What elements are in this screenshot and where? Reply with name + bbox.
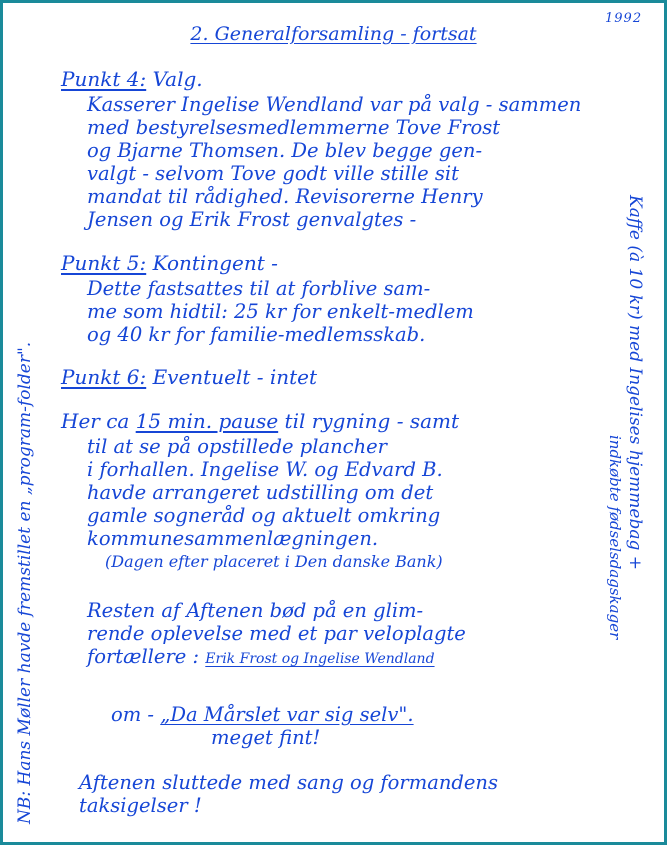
side-note-right-line-1: Kaffe (à 10 kr) med Ingelises hjemmebag …: [625, 195, 645, 570]
resten-line: rende oplevelse med et par veloplagte: [61, 622, 601, 645]
punkt-4-line: med bestyrelsesmedlemmerne Tove Frost: [61, 116, 601, 139]
punkt-4-label: Punkt 4:: [61, 67, 146, 91]
punkt-4-line: valgt - selvom Tove godt ville stille si…: [61, 162, 601, 185]
storytellers-lead: fortællere :: [87, 645, 199, 668]
section-punkt-5: Punkt 5: Kontingent - Dette fastsattes t…: [61, 249, 601, 346]
section-punkt-6: Punkt 6: Eventuelt - intet: [61, 363, 601, 391]
handwritten-minutes-page: 1992 2. Generalforsamling - fortsat Punk…: [0, 0, 667, 845]
page-title: 2. Generalforsamling - fortsat: [3, 23, 664, 45]
storytellers-names: Erik Frost og Ingelise Wendland: [205, 651, 434, 667]
section-pause: Her ca 15 min. pause til rygning - samt …: [61, 407, 601, 574]
pause-note: (Dagen efter placeret i Den danske Bank): [61, 550, 601, 574]
quote-line: om - „Da Mårslet var sig selv".: [61, 703, 601, 726]
punkt-4-line: Jensen og Erik Frost genvalgtes -: [61, 208, 601, 231]
punkt-5-line: me som hidtil: 25 kr for enkelt-medlem: [61, 300, 601, 323]
resten-line: Resten af Aftenen bød på en glim-: [61, 599, 601, 622]
punkt-5-line: og 40 kr for familie-medlemsskab.: [61, 323, 601, 346]
pause-line: til at se på opstillede plancher: [61, 435, 601, 458]
resten-storytellers: fortællere : Erik Frost og Ingelise Wend…: [61, 645, 601, 671]
punkt-6-topic: Eventuelt - intet: [153, 365, 317, 389]
punkt-4-line: mandat til rådighed. Revisorerne Henry: [61, 185, 601, 208]
title-text: 2. Generalforsamling - fortsat: [190, 23, 476, 45]
punkt-5-label: Punkt 5:: [61, 251, 146, 275]
section-closing: Aftenen sluttede med sang og formandens …: [61, 771, 601, 817]
punkt-5-heading: Punkt 5: Kontingent -: [61, 249, 601, 277]
punkt-4-topic: Valg.: [153, 67, 203, 91]
section-quote: om - „Da Mårslet var sig selv". meget fi…: [61, 703, 601, 749]
pause-first-line: Her ca 15 min. pause til rygning - samt: [61, 407, 601, 435]
quote-comment: meget fint!: [61, 726, 601, 749]
side-note-right-line-2: indkøbte fødselsdagskager: [605, 195, 625, 639]
pause-lead: Her ca: [61, 409, 129, 433]
pause-duration: 15 min. pause: [136, 409, 278, 433]
pause-rest: til rygning - samt: [285, 409, 459, 433]
quote-text: „Da Mårslet var sig selv".: [160, 703, 413, 726]
punkt-4-heading: Punkt 4: Valg.: [61, 65, 601, 93]
punkt-4-line: Kasserer Ingelise Wendland var på valg -…: [61, 93, 601, 116]
side-note-right: Kaffe (à 10 kr) med Ingelises hjemmebag …: [605, 195, 645, 639]
pause-line: kommunesammenlægningen.: [61, 527, 601, 550]
side-note-left: NB: Hans Møller havde fremstillet en „pr…: [15, 342, 35, 824]
punkt-6-heading: Punkt 6: Eventuelt - intet: [61, 363, 601, 391]
section-resten: Resten af Aftenen bød på en glim- rende …: [61, 599, 601, 671]
punkt-5-line: Dette fastsattes til at forblive sam-: [61, 277, 601, 300]
punkt-6-label: Punkt 6:: [61, 365, 146, 389]
pause-line: i forhallen. Ingelise W. og Edvard B.: [61, 458, 601, 481]
closing-line: Aftenen sluttede med sang og formandens: [61, 771, 601, 794]
pause-line: havde arrangeret udstilling om det: [61, 481, 601, 504]
closing-line: taksigelser !: [61, 794, 601, 817]
punkt-4-line: og Bjarne Thomsen. De blev begge gen-: [61, 139, 601, 162]
pause-line: gamle sogneråd og aktuelt omkring: [61, 504, 601, 527]
section-punkt-4: Punkt 4: Valg. Kasserer Ingelise Wendlan…: [61, 65, 601, 231]
punkt-5-topic: Kontingent -: [153, 251, 278, 275]
quote-prefix: om -: [111, 703, 154, 726]
